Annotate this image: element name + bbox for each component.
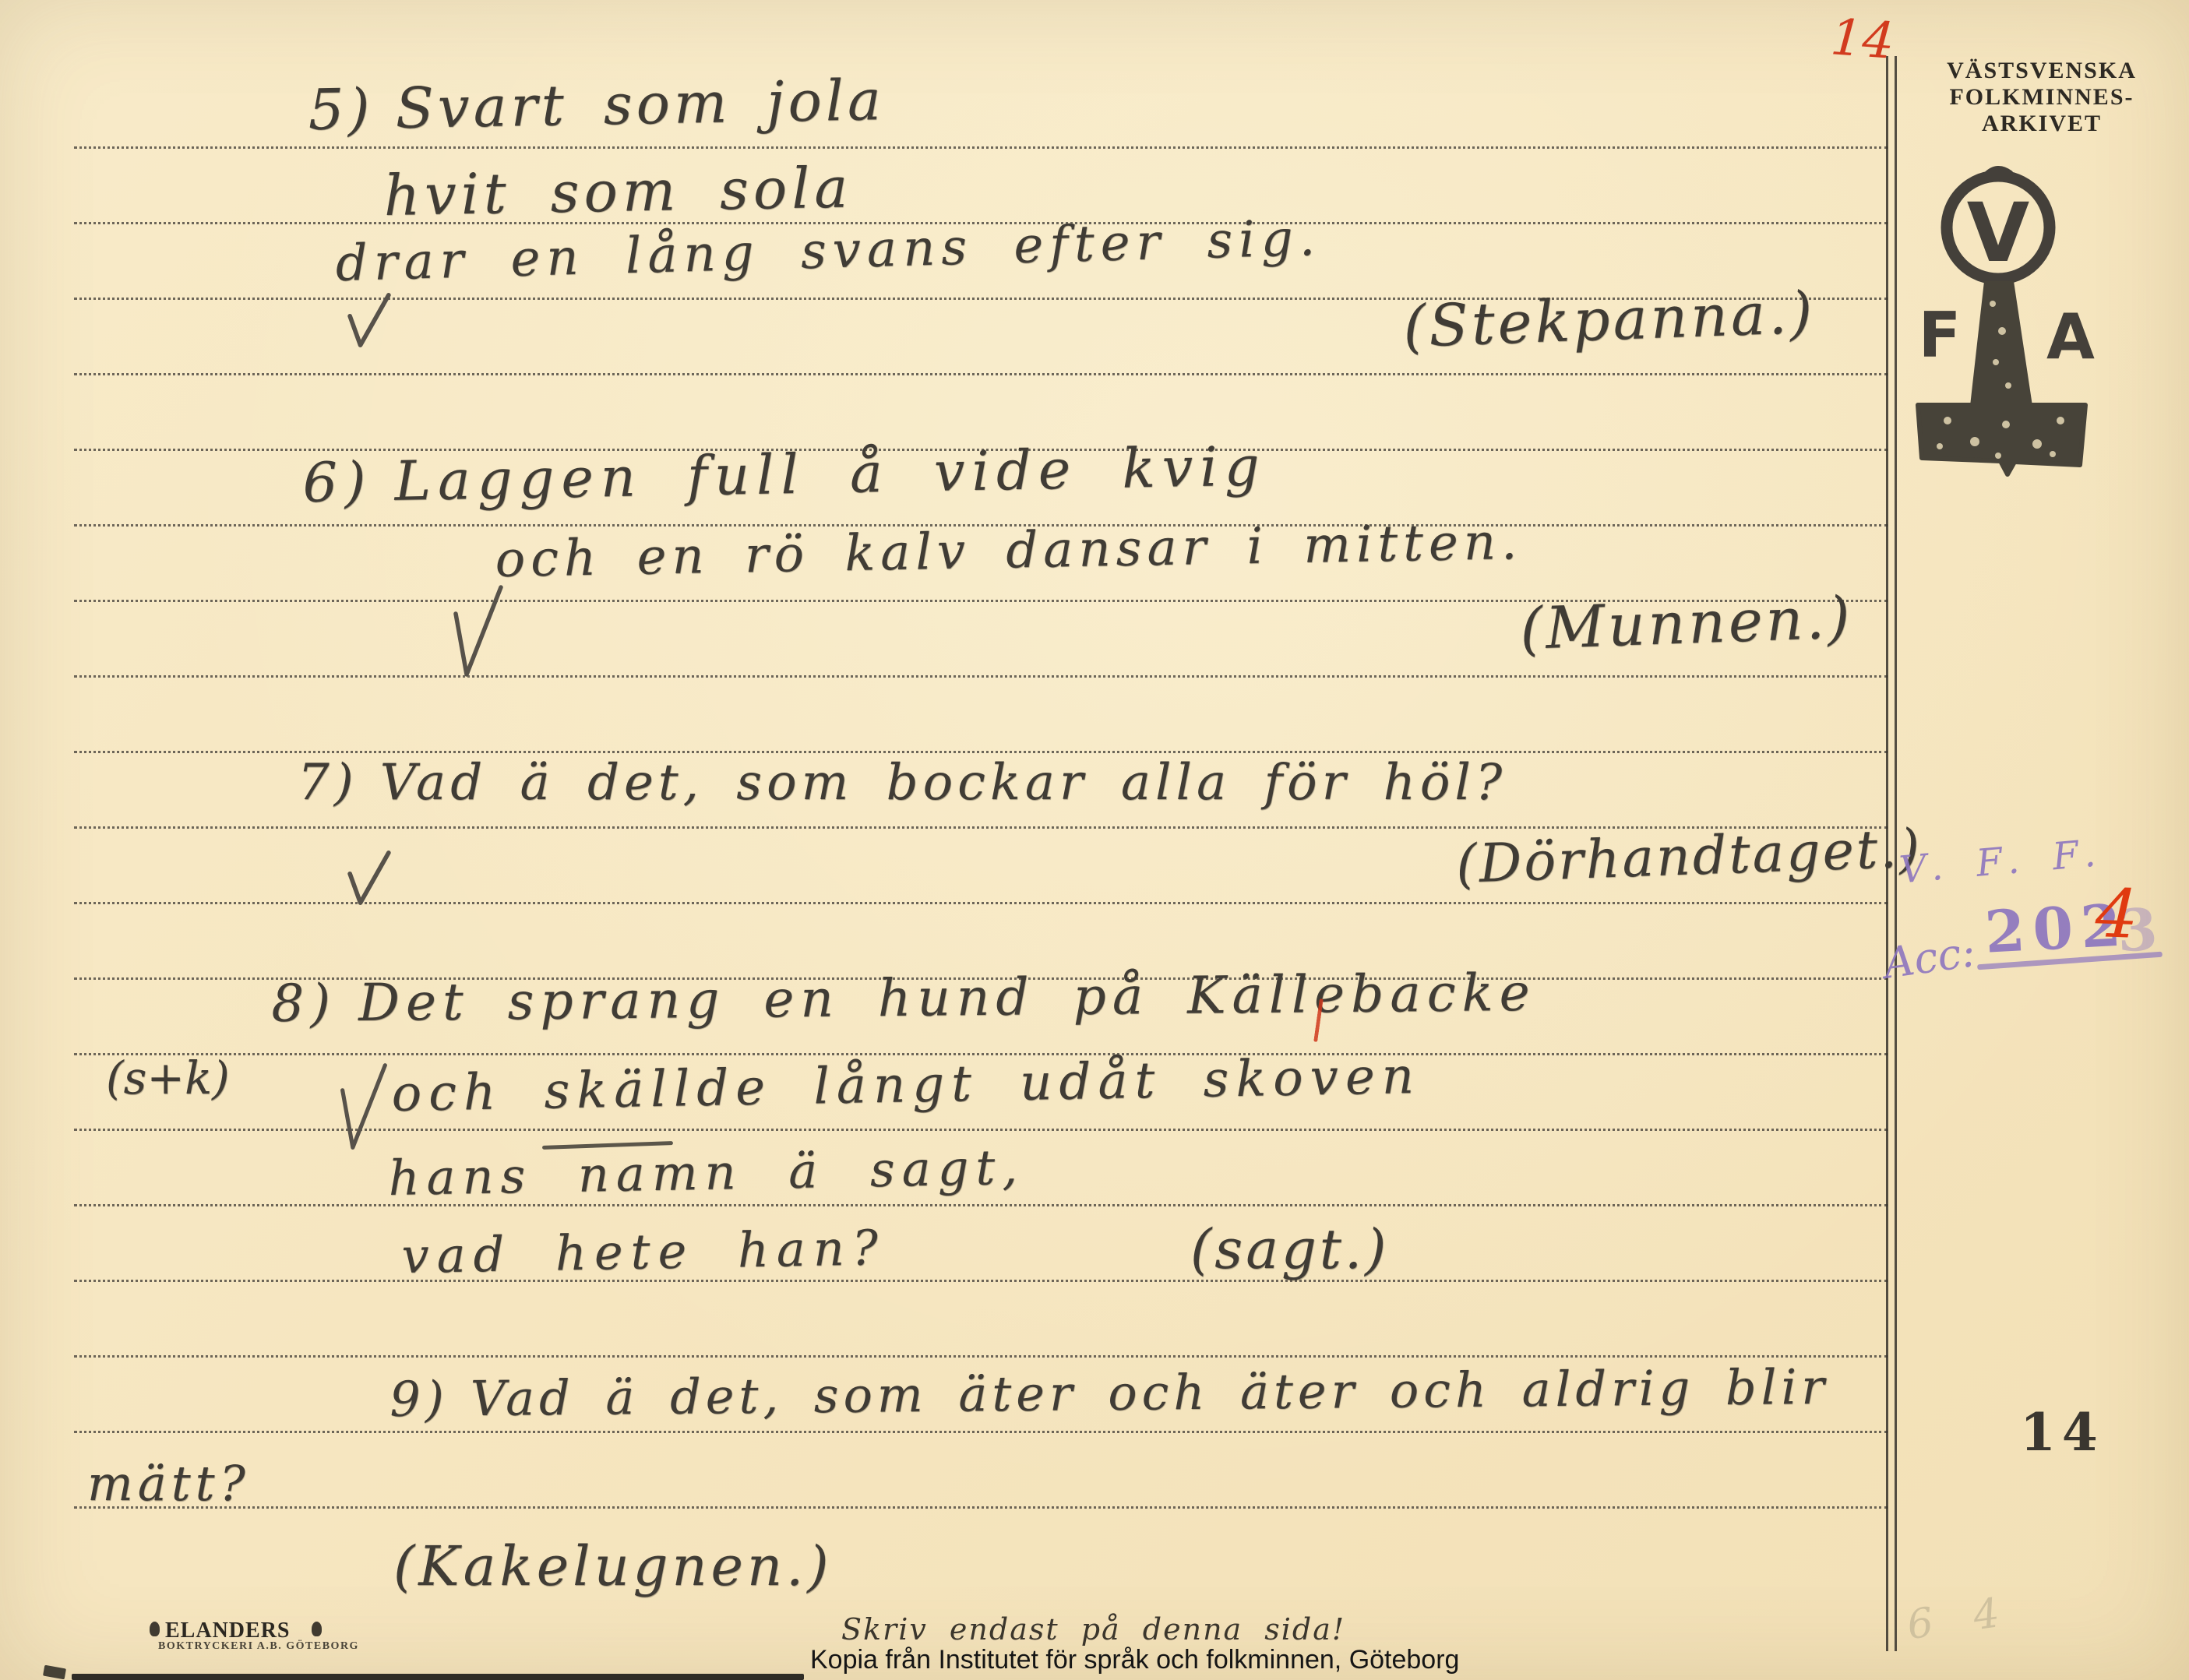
riddle-8-text-1: Det sprang en hund på Källebacke (358, 963, 1536, 1033)
archive-header: VÄSTSVENSKA FOLKMINNES- ARKIVET (1901, 58, 2183, 137)
logo-letter-v: V (1967, 185, 2030, 280)
pencil-note: 6 4 (1904, 1588, 2016, 1649)
check-mark (347, 847, 392, 908)
riddle-5-line-2: hvit som sola (383, 159, 853, 226)
copy-caption: Kopia från Institutet för språk och folk… (810, 1645, 1459, 1675)
archive-header-line2: FOLKMINNES- (1901, 84, 2183, 111)
riddle-5-answer: (Stekpanna.) (1402, 284, 1817, 358)
riddle-9-answer: (Kakelugnen.) (393, 1538, 833, 1596)
corner-number-handwritten: 14 (1829, 9, 1896, 71)
ruled-line (74, 1280, 1888, 1282)
riddle-8-number: 8) (271, 973, 337, 1034)
logo-letter-f: F (1919, 299, 1962, 372)
check-mark (347, 290, 392, 350)
printer-ornament-icon (150, 1622, 160, 1636)
riddle-7-answer: (Dörhandtaget.) (1455, 821, 1923, 893)
ruled-line (74, 751, 1888, 753)
riddle-6-number: 6) (302, 449, 373, 515)
riddle-6-line-1: 6)Laggen full å vide kvig (302, 438, 1267, 512)
riddle-6-text-1: Laggen full å vide kvig (394, 434, 1267, 513)
riddle-8-line-4: vad hete han? (401, 1222, 886, 1281)
ruled-line (74, 373, 1888, 375)
page-number: 14 (2020, 1402, 2104, 1463)
riddle-9-line-2: mätt? (87, 1458, 250, 1509)
logo-hammer-handle (1970, 281, 2032, 406)
riddle-7-line-1: 7)Vad ä det, som bockar alla för höl? (298, 757, 1507, 809)
check-mark (338, 1061, 390, 1153)
riddle-8-line-3: hans namn ä sagt, (388, 1142, 1024, 1203)
riddle-6-answer: (Munnen.) (1519, 588, 1854, 660)
ruled-line (74, 1204, 1888, 1206)
riddle-5-number: 5) (308, 76, 374, 143)
archive-header-line3: ARKIVET (1901, 111, 2183, 137)
riddle-8-answer: (sagt.) (1190, 1221, 1389, 1279)
riddle-8-margin-note: (s+k) (106, 1055, 230, 1102)
accession-number-red-digit: 4 (2094, 875, 2139, 954)
stamp-initials: V. F. F. (1898, 831, 2108, 893)
write-only-this-side-instruction: Skriv endast på denna sida! (841, 1612, 1345, 1647)
archive-header-line1: VÄSTSVENSKA (1901, 58, 2183, 84)
riddle-8-line-2: och skällde långt udåt skoven (391, 1051, 1422, 1121)
ruled-line (74, 1431, 1888, 1433)
riddle-8-line-1: 8)Det sprang en hund på Källebacke (271, 966, 1536, 1030)
ruled-line (74, 1355, 1888, 1358)
riddle-9-line-1: 9)Vad ä det, som äter och äter och aldri… (390, 1361, 1829, 1425)
ruled-line (74, 146, 1888, 149)
ruled-line (74, 1506, 1888, 1509)
archive-logo-thors-hammer: V F A (1893, 152, 2189, 518)
riddle-9-number: 9) (390, 1370, 449, 1428)
riddle-5-line-1: 5)Svart som jola (308, 71, 885, 139)
logo-letter-a: A (2046, 301, 2095, 373)
logo-hammer-head (1918, 405, 2085, 474)
riddle-7-text-1: Vad ä det, som bockar alla för höl? (380, 754, 1507, 812)
riddle-9-text-1: Vad ä det, som äter och äter och aldrig … (471, 1358, 1830, 1427)
check-mark (450, 583, 506, 680)
riddle-5-text-1: Svart som jola (395, 67, 886, 141)
document-page: 14 VÄSTSVENSKA FOLKMINNES- ARKIVET V F A… (0, 0, 2189, 1680)
scan-edge-shadow (43, 1665, 66, 1680)
riddle-7-number: 7) (298, 754, 358, 812)
printer-subtitle: BOKTRYCKERI A.B. GÖTEBORG (158, 1640, 359, 1653)
ruled-line (74, 675, 1888, 678)
printer-ornament-icon (312, 1622, 322, 1636)
scan-edge-shadow (72, 1674, 804, 1680)
riddle-6-line-2: och en rö kalv dansar i mitten. (495, 516, 1523, 586)
